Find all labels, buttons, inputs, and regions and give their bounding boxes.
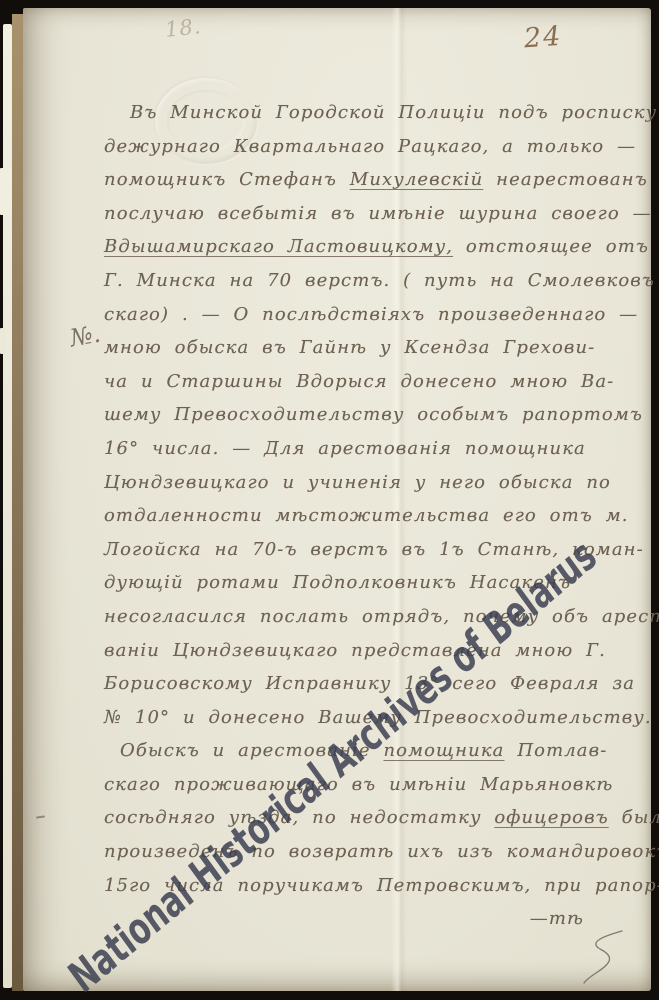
- manuscript-line: несогласился послать отрядъ, почему объ …: [104, 600, 648, 634]
- manuscript-line: Цюндзевицкаго и учиненiя у него обыска п…: [104, 466, 648, 500]
- manuscript-line: скаго) . — О послѣдствiяхъ произведеннаг…: [104, 298, 648, 332]
- manuscript-line: ча и Старшины Вдорыся донесено мною Ва-: [104, 365, 648, 399]
- manuscript-line: Вдышамирскаго Ластовицкому, отстоящее от…: [104, 230, 648, 264]
- manuscript-line: 16° числа. — Для арестованiя помощника: [104, 432, 648, 466]
- underlying-page-edge: [0, 328, 6, 354]
- margin-note: №.: [68, 320, 103, 353]
- manuscript-line: дующiй ротами Подполковникъ Насакенъ: [104, 566, 648, 600]
- manuscript-line: произведенъ по возвратѣ ихъ изъ командир…: [104, 835, 648, 869]
- manuscript-line: Въ Минской Городской Полицiи подъ роспис…: [104, 96, 648, 130]
- manuscript-line: шему Превосходительству особымъ рапортом…: [104, 398, 648, 432]
- manuscript-line: дежурнаго Квартальнаго Рацкаго, а только…: [104, 130, 648, 164]
- manuscript-line: Логойска на 70-ъ верстъ въ 1ъ Станѣ, ком…: [104, 533, 648, 567]
- manuscript-lines: Въ Минской Городской Полицiи подъ роспис…: [104, 96, 648, 936]
- manuscript-line: сосѣдняго уѣзда, по недостатку офицеровъ…: [104, 801, 648, 835]
- manuscript-line: ванiи Цюндзевицкаго представлена мною Г.: [104, 634, 648, 668]
- manuscript-line: 15го числа поручикамъ Петровскимъ, при р…: [104, 869, 648, 903]
- page-number: 24: [523, 21, 563, 55]
- manuscript-line: Борисовскому Исправнику 13° сего Февраля…: [104, 667, 648, 701]
- manuscript-line: —тѣ: [104, 902, 648, 936]
- pen-flourish-icon: [576, 928, 628, 986]
- manuscript-line: помощникъ Стефанъ Михулевскiй неарестова…: [104, 163, 648, 197]
- pencil-note: 18.: [164, 14, 203, 42]
- manuscript-line: мною обыска въ Гайнѣ у Ксендза Грехови-: [104, 331, 648, 365]
- manuscript-line: Г. Минска на 70 верстъ. ( путь на Смолев…: [104, 264, 648, 298]
- binding-strip: [12, 14, 23, 991]
- manuscript-line: Обыскъ и арестованiе помощника Потлав-: [104, 734, 648, 768]
- manuscript-line: скаго проживающаго въ имѣнiи Марьяновкѣ: [104, 768, 648, 802]
- manuscript-line: отдаленности мѣстожительства его отъ м.: [104, 499, 648, 533]
- manuscript-line: послучаю всебытiя въ имѣнiе шурина своег…: [104, 197, 648, 231]
- manuscript-line: № 10° и донесено Вашему Превосходительст…: [104, 701, 648, 735]
